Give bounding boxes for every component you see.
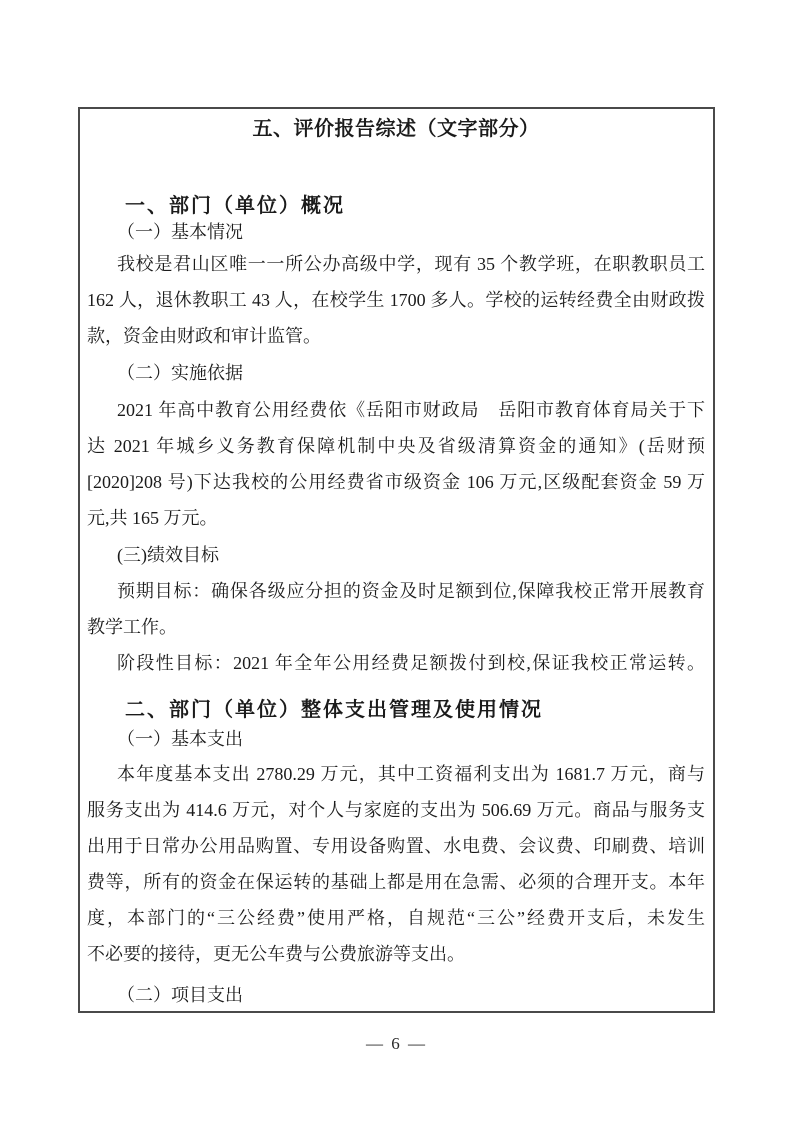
text-line: 达 2021 年城乡义务教育保障机制中央及省级清算资金的通知》(岳财预 [87, 428, 705, 464]
text-line: 我校是君山区唯一一所公办高级中学，现有 35 个教学班，在职教职员工 [87, 246, 705, 282]
section-heading: 二、部门（单位）整体支出管理及使用情况 [87, 696, 705, 724]
text-line: 服务支出为 414.6 万元，对个人与家庭的支出为 506.69 万元。商品与服… [87, 792, 705, 828]
document-page: 五、评价报告综述（文字部分）一、部门（单位）概况（一）基本情况我校是君山区唯一一… [0, 0, 793, 1122]
paragraph: 阶段性目标：2021 年全年公用经费足额拨付到校,保证我校正常运转。 [87, 645, 705, 681]
text-line: [2020]208 号)下达我校的公用经费省市级资金 106 万元,区级配套资金… [87, 464, 705, 500]
text-line: 阶段性目标：2021 年全年公用经费足额拨付到校,保证我校正常运转。 [87, 645, 705, 681]
text-line: 预期目标：确保各级应分担的资金及时足额到位,保障我校正常开展教育 [87, 573, 705, 609]
paragraph: 本年度基本支出 2780.29 万元，其中工资福利支出为 1681.7 万元，商… [87, 756, 705, 972]
text-line: 本年度基本支出 2780.29 万元，其中工资福利支出为 1681.7 万元，商… [87, 756, 705, 792]
report-title: 五、评价报告综述（文字部分） [87, 114, 705, 144]
paragraph: 2021 年高中教育公用经费依《岳阳市财政局 岳阳市教育体育局关于下达 2021… [87, 392, 705, 536]
report-content: 五、评价报告综述（文字部分）一、部门（单位）概况（一）基本情况我校是君山区唯一一… [80, 109, 713, 1013]
subsection-heading: （一）基本支出 [87, 721, 705, 757]
text-line: 度，本部门的“三公经费”使用严格，自规范“三公”经费开支后，未发生 [87, 900, 705, 936]
paragraph: 我校是君山区唯一一所公办高级中学，现有 35 个教学班，在职教职员工162 人，… [87, 246, 705, 354]
text-line: 不必要的接待，更无公车费与公费旅游等支出。 [87, 936, 705, 972]
text-line: 教学工作。 [87, 609, 705, 645]
text-line: 2021 年高中教育公用经费依《岳阳市财政局 岳阳市教育体育局关于下 [87, 392, 705, 428]
text-line: 162 人，退休教职工 43 人，在校学生 1700 多人。学校的运转经费全由财… [87, 282, 705, 318]
text-line: 款，资金由财政和审计监管。 [87, 318, 705, 354]
page-number: — 6 — [0, 1034, 793, 1054]
subsection-heading: （一）基本情况 [87, 214, 705, 250]
subsection-heading: (三)绩效目标 [87, 537, 705, 573]
text-line: 元,共 165 万元。 [87, 500, 705, 536]
text-line: 费等，所有的资金在保运转的基础上都是用在急需、必须的合理开支。本年 [87, 864, 705, 900]
text-line: 出用于日常办公用品购置、专用设备购置、水电费、会议费、印刷费、培训 [87, 828, 705, 864]
subsection-heading: （二）项目支出 [87, 977, 705, 1013]
subsection-heading: （二）实施依据 [87, 355, 705, 391]
report-border-box: 五、评价报告综述（文字部分）一、部门（单位）概况（一）基本情况我校是君山区唯一一… [78, 107, 715, 1013]
paragraph: 预期目标：确保各级应分担的资金及时足额到位,保障我校正常开展教育教学工作。 [87, 573, 705, 645]
